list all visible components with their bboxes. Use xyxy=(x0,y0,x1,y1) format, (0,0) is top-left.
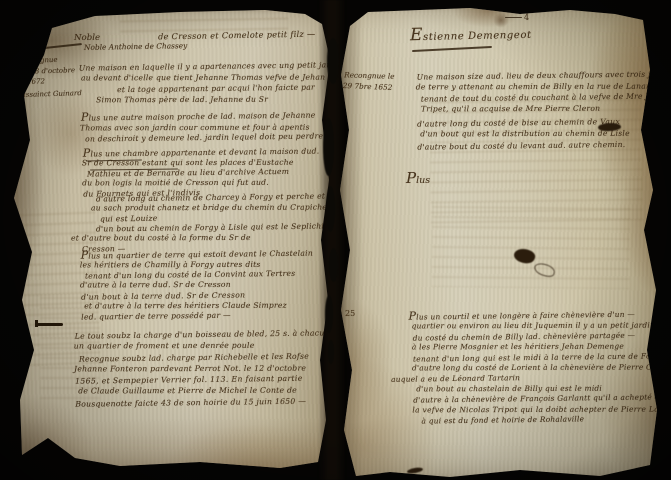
left-paragraph-7: Le tout soubz la charge d'un boisseau de… xyxy=(74,328,331,409)
folio-dash-stroke xyxy=(505,17,522,18)
left-paragraph-4: d'autre long au chemin de Charcey à Forg… xyxy=(95,192,327,224)
margin-number: 25 xyxy=(345,309,355,318)
right-paragraph-2: Plus un courtil et une longère à faire c… xyxy=(398,309,667,427)
hand-line: Bousquenotte faicte 43 de son hoirie du … xyxy=(75,395,331,410)
left-page: Noble de Cresson et Comelote petit filz … xyxy=(4,8,338,474)
hand-line: Simon Thomas père de lad. Jehanne du Sr xyxy=(96,94,324,106)
hand-line: 1672 xyxy=(27,75,83,88)
book-gutter xyxy=(318,0,346,480)
right-header-name: Estienne Demengeot xyxy=(410,23,532,46)
hand-line: a Toussainct Guinard xyxy=(6,88,81,101)
left-header-subtitle: Noble Anthoine de Chassey xyxy=(84,41,187,52)
gutter-hole xyxy=(323,118,334,176)
gutter-hole xyxy=(325,295,333,333)
hand-line: à qui est du fond et hoirie de Rohalavil… xyxy=(421,413,667,427)
left-header-names: de Cresson et Comelote petit filz — xyxy=(158,29,316,42)
gutter-hole xyxy=(326,186,335,232)
left-paragraph-1: Une maison en laquelle il y a apartenanc… xyxy=(78,60,324,107)
plus-entry-label: Plus xyxy=(406,169,430,187)
gutter-hole xyxy=(329,248,338,282)
right-margin-date-note: Recongnue le29 7bre 1652 xyxy=(343,69,394,93)
ink-blot xyxy=(407,467,424,475)
folio-number: 4 xyxy=(524,13,529,22)
hand-line: Tripet, qu'il a acquise de Mre Pierre Cl… xyxy=(421,103,668,115)
right-paragraph-1: Une maison size aud. lieu de deux chauff… xyxy=(416,69,669,152)
right-page: 4 Estienne Demengeot Recongnue le29 7bre… xyxy=(333,6,669,480)
hand-line: 29 7bre 1652 xyxy=(343,80,394,93)
left-margin-note: Recognuele 28 d'octobre1672a Toussainct … xyxy=(21,54,82,100)
gutter-hole xyxy=(328,340,334,364)
hand-line: led. quartier de terre possédé par — xyxy=(81,309,327,322)
ink-flourish-stroke xyxy=(26,43,82,51)
left-paragraph-6: Plus un quartier de terre qui estoit dev… xyxy=(80,248,327,322)
hand-line: on deschiroit y demeure led. jardin lequ… xyxy=(85,132,325,146)
gutter-hole xyxy=(327,38,339,84)
bleed-through-writing xyxy=(432,201,631,289)
left-paragraph-3: Plus une chambre appartenante et devant … xyxy=(82,146,324,199)
margin-bracket-mark xyxy=(36,323,63,326)
left-paragraph-2: Plus une autre maison proche de lad. mai… xyxy=(80,110,324,145)
ink-flourish-stroke xyxy=(412,46,492,52)
manuscript-scan: Noble de Cresson et Comelote petit filz … xyxy=(0,0,671,480)
left-header-title: Noble xyxy=(74,33,100,43)
